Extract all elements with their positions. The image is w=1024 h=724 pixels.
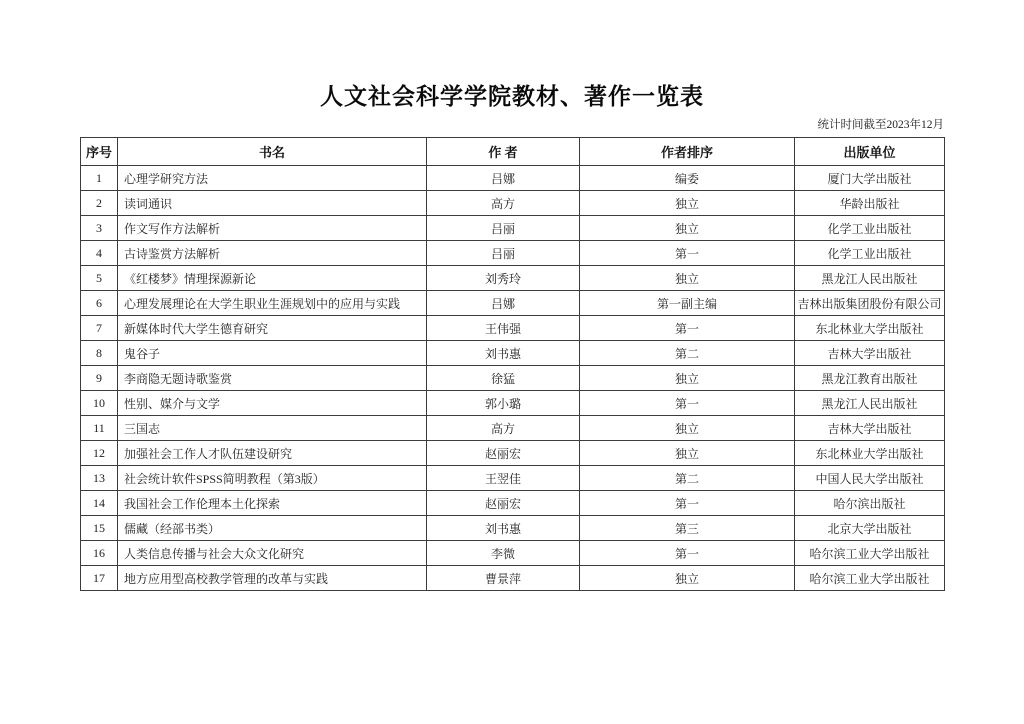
row-index: 9 [81,366,118,391]
book-title: 心理发展理论在大学生职业生涯规划中的应用与实践 [118,291,427,316]
publisher: 黑龙江教育出版社 [795,366,945,391]
book-title: 读词通识 [118,191,427,216]
row-index: 5 [81,266,118,291]
table-row: 16人类信息传播与社会大众文化研究李微第一哈尔滨工业大学出版社 [81,541,945,566]
publisher: 华龄出版社 [795,191,945,216]
publisher: 哈尔滨出版社 [795,491,945,516]
publisher: 吉林大学出版社 [795,416,945,441]
row-index: 11 [81,416,118,441]
table-row: 10性别、媒介与文学郭小璐第一黑龙江人民出版社 [81,391,945,416]
author-order: 第二 [580,466,795,491]
author: 刘秀玲 [427,266,580,291]
author: 李微 [427,541,580,566]
page-title: 人文社会科学学院教材、著作一览表 [0,78,1024,111]
row-index: 6 [81,291,118,316]
author: 曹景萍 [427,566,580,591]
book-title: 我国社会工作伦理本土化探索 [118,491,427,516]
book-title: 性别、媒介与文学 [118,391,427,416]
author-order: 独立 [580,441,795,466]
column-header-author: 作 者 [427,138,580,166]
stats-cutoff-note: 统计时间截至2023年12月 [818,116,945,132]
column-header-author-order: 作者排序 [580,138,795,166]
publisher: 东北林业大学出版社 [795,441,945,466]
book-title: 心理学研究方法 [118,166,427,191]
table-row: 14我国社会工作伦理本土化探索赵丽宏第一哈尔滨出版社 [81,491,945,516]
author: 吕丽 [427,216,580,241]
row-index: 4 [81,241,118,266]
author-order: 独立 [580,266,795,291]
author: 吕丽 [427,241,580,266]
row-index: 1 [81,166,118,191]
author-order: 第二 [580,341,795,366]
table-row: 15儒藏（经部书类）刘书惠第三北京大学出版社 [81,516,945,541]
table-row: 4古诗鉴赏方法解析吕丽第一化学工业出版社 [81,241,945,266]
book-title: 古诗鉴赏方法解析 [118,241,427,266]
author-order: 编委 [580,166,795,191]
author: 徐猛 [427,366,580,391]
author: 郭小璐 [427,391,580,416]
table-row: 2读词通识高方独立华龄出版社 [81,191,945,216]
header-row: 序号书名作 者作者排序出版单位 [81,138,945,166]
author: 王伟强 [427,316,580,341]
book-title: 《红楼梦》情理探源新论 [118,266,427,291]
author-order: 独立 [580,366,795,391]
row-index: 2 [81,191,118,216]
author-order: 独立 [580,216,795,241]
publisher: 吉林出版集团股份有限公司 [795,291,945,316]
author: 吕娜 [427,291,580,316]
author-order: 独立 [580,191,795,216]
publisher: 哈尔滨工业大学出版社 [795,566,945,591]
publisher: 黑龙江人民出版社 [795,266,945,291]
row-index: 12 [81,441,118,466]
book-title: 李商隐无题诗歌鉴赏 [118,366,427,391]
table-row: 6心理发展理论在大学生职业生涯规划中的应用与实践吕娜第一副主编吉林出版集团股份有… [81,291,945,316]
author: 吕娜 [427,166,580,191]
table-row: 1心理学研究方法吕娜编委厦门大学出版社 [81,166,945,191]
author-order: 独立 [580,416,795,441]
table-row: 11三国志高方独立吉林大学出版社 [81,416,945,441]
book-title: 鬼谷子 [118,341,427,366]
author: 王翌佳 [427,466,580,491]
publisher: 厦门大学出版社 [795,166,945,191]
publisher: 东北林业大学出版社 [795,316,945,341]
row-index: 15 [81,516,118,541]
author: 赵丽宏 [427,491,580,516]
author: 刘书惠 [427,341,580,366]
books-table: 序号书名作 者作者排序出版单位 1心理学研究方法吕娜编委厦门大学出版社2读词通识… [80,137,945,591]
publisher: 吉林大学出版社 [795,341,945,366]
publisher: 哈尔滨工业大学出版社 [795,541,945,566]
table-row: 3作文写作方法解析吕丽独立化学工业出版社 [81,216,945,241]
row-index: 10 [81,391,118,416]
author-order: 第一副主编 [580,291,795,316]
table-row: 13社会统计软件SPSS简明教程（第3版）王翌佳第二中国人民大学出版社 [81,466,945,491]
publisher: 化学工业出版社 [795,216,945,241]
author: 高方 [427,416,580,441]
table-row: 9李商隐无题诗歌鉴赏徐猛独立黑龙江教育出版社 [81,366,945,391]
publisher: 北京大学出版社 [795,516,945,541]
table-row: 5《红楼梦》情理探源新论刘秀玲独立黑龙江人民出版社 [81,266,945,291]
table-row: 7新媒体时代大学生德育研究王伟强第一东北林业大学出版社 [81,316,945,341]
author-order: 第一 [580,541,795,566]
table-body: 1心理学研究方法吕娜编委厦门大学出版社2读词通识高方独立华龄出版社3作文写作方法… [81,166,945,591]
book-title: 三国志 [118,416,427,441]
book-title: 新媒体时代大学生德育研究 [118,316,427,341]
table-row: 17地方应用型高校教学管理的改革与实践曹景萍独立哈尔滨工业大学出版社 [81,566,945,591]
row-index: 7 [81,316,118,341]
book-title: 儒藏（经部书类） [118,516,427,541]
author-order: 第一 [580,316,795,341]
row-index: 8 [81,341,118,366]
author: 高方 [427,191,580,216]
author-order: 第一 [580,241,795,266]
author: 刘书惠 [427,516,580,541]
column-header-publisher: 出版单位 [795,138,945,166]
table-row: 12加强社会工作人才队伍建设研究赵丽宏独立东北林业大学出版社 [81,441,945,466]
row-index: 3 [81,216,118,241]
publisher: 中国人民大学出版社 [795,466,945,491]
row-index: 14 [81,491,118,516]
author: 赵丽宏 [427,441,580,466]
book-title: 人类信息传播与社会大众文化研究 [118,541,427,566]
author-order: 第三 [580,516,795,541]
publisher: 黑龙江人民出版社 [795,391,945,416]
table-row: 8鬼谷子刘书惠第二吉林大学出版社 [81,341,945,366]
book-title: 地方应用型高校教学管理的改革与实践 [118,566,427,591]
book-title: 社会统计软件SPSS简明教程（第3版） [118,466,427,491]
column-header-book-title: 书名 [118,138,427,166]
author-order: 第一 [580,491,795,516]
publisher: 化学工业出版社 [795,241,945,266]
row-index: 16 [81,541,118,566]
column-header-row-index: 序号 [81,138,118,166]
author-order: 独立 [580,566,795,591]
author-order: 第一 [580,391,795,416]
row-index: 13 [81,466,118,491]
book-title: 加强社会工作人才队伍建设研究 [118,441,427,466]
row-index: 17 [81,566,118,591]
book-title: 作文写作方法解析 [118,216,427,241]
